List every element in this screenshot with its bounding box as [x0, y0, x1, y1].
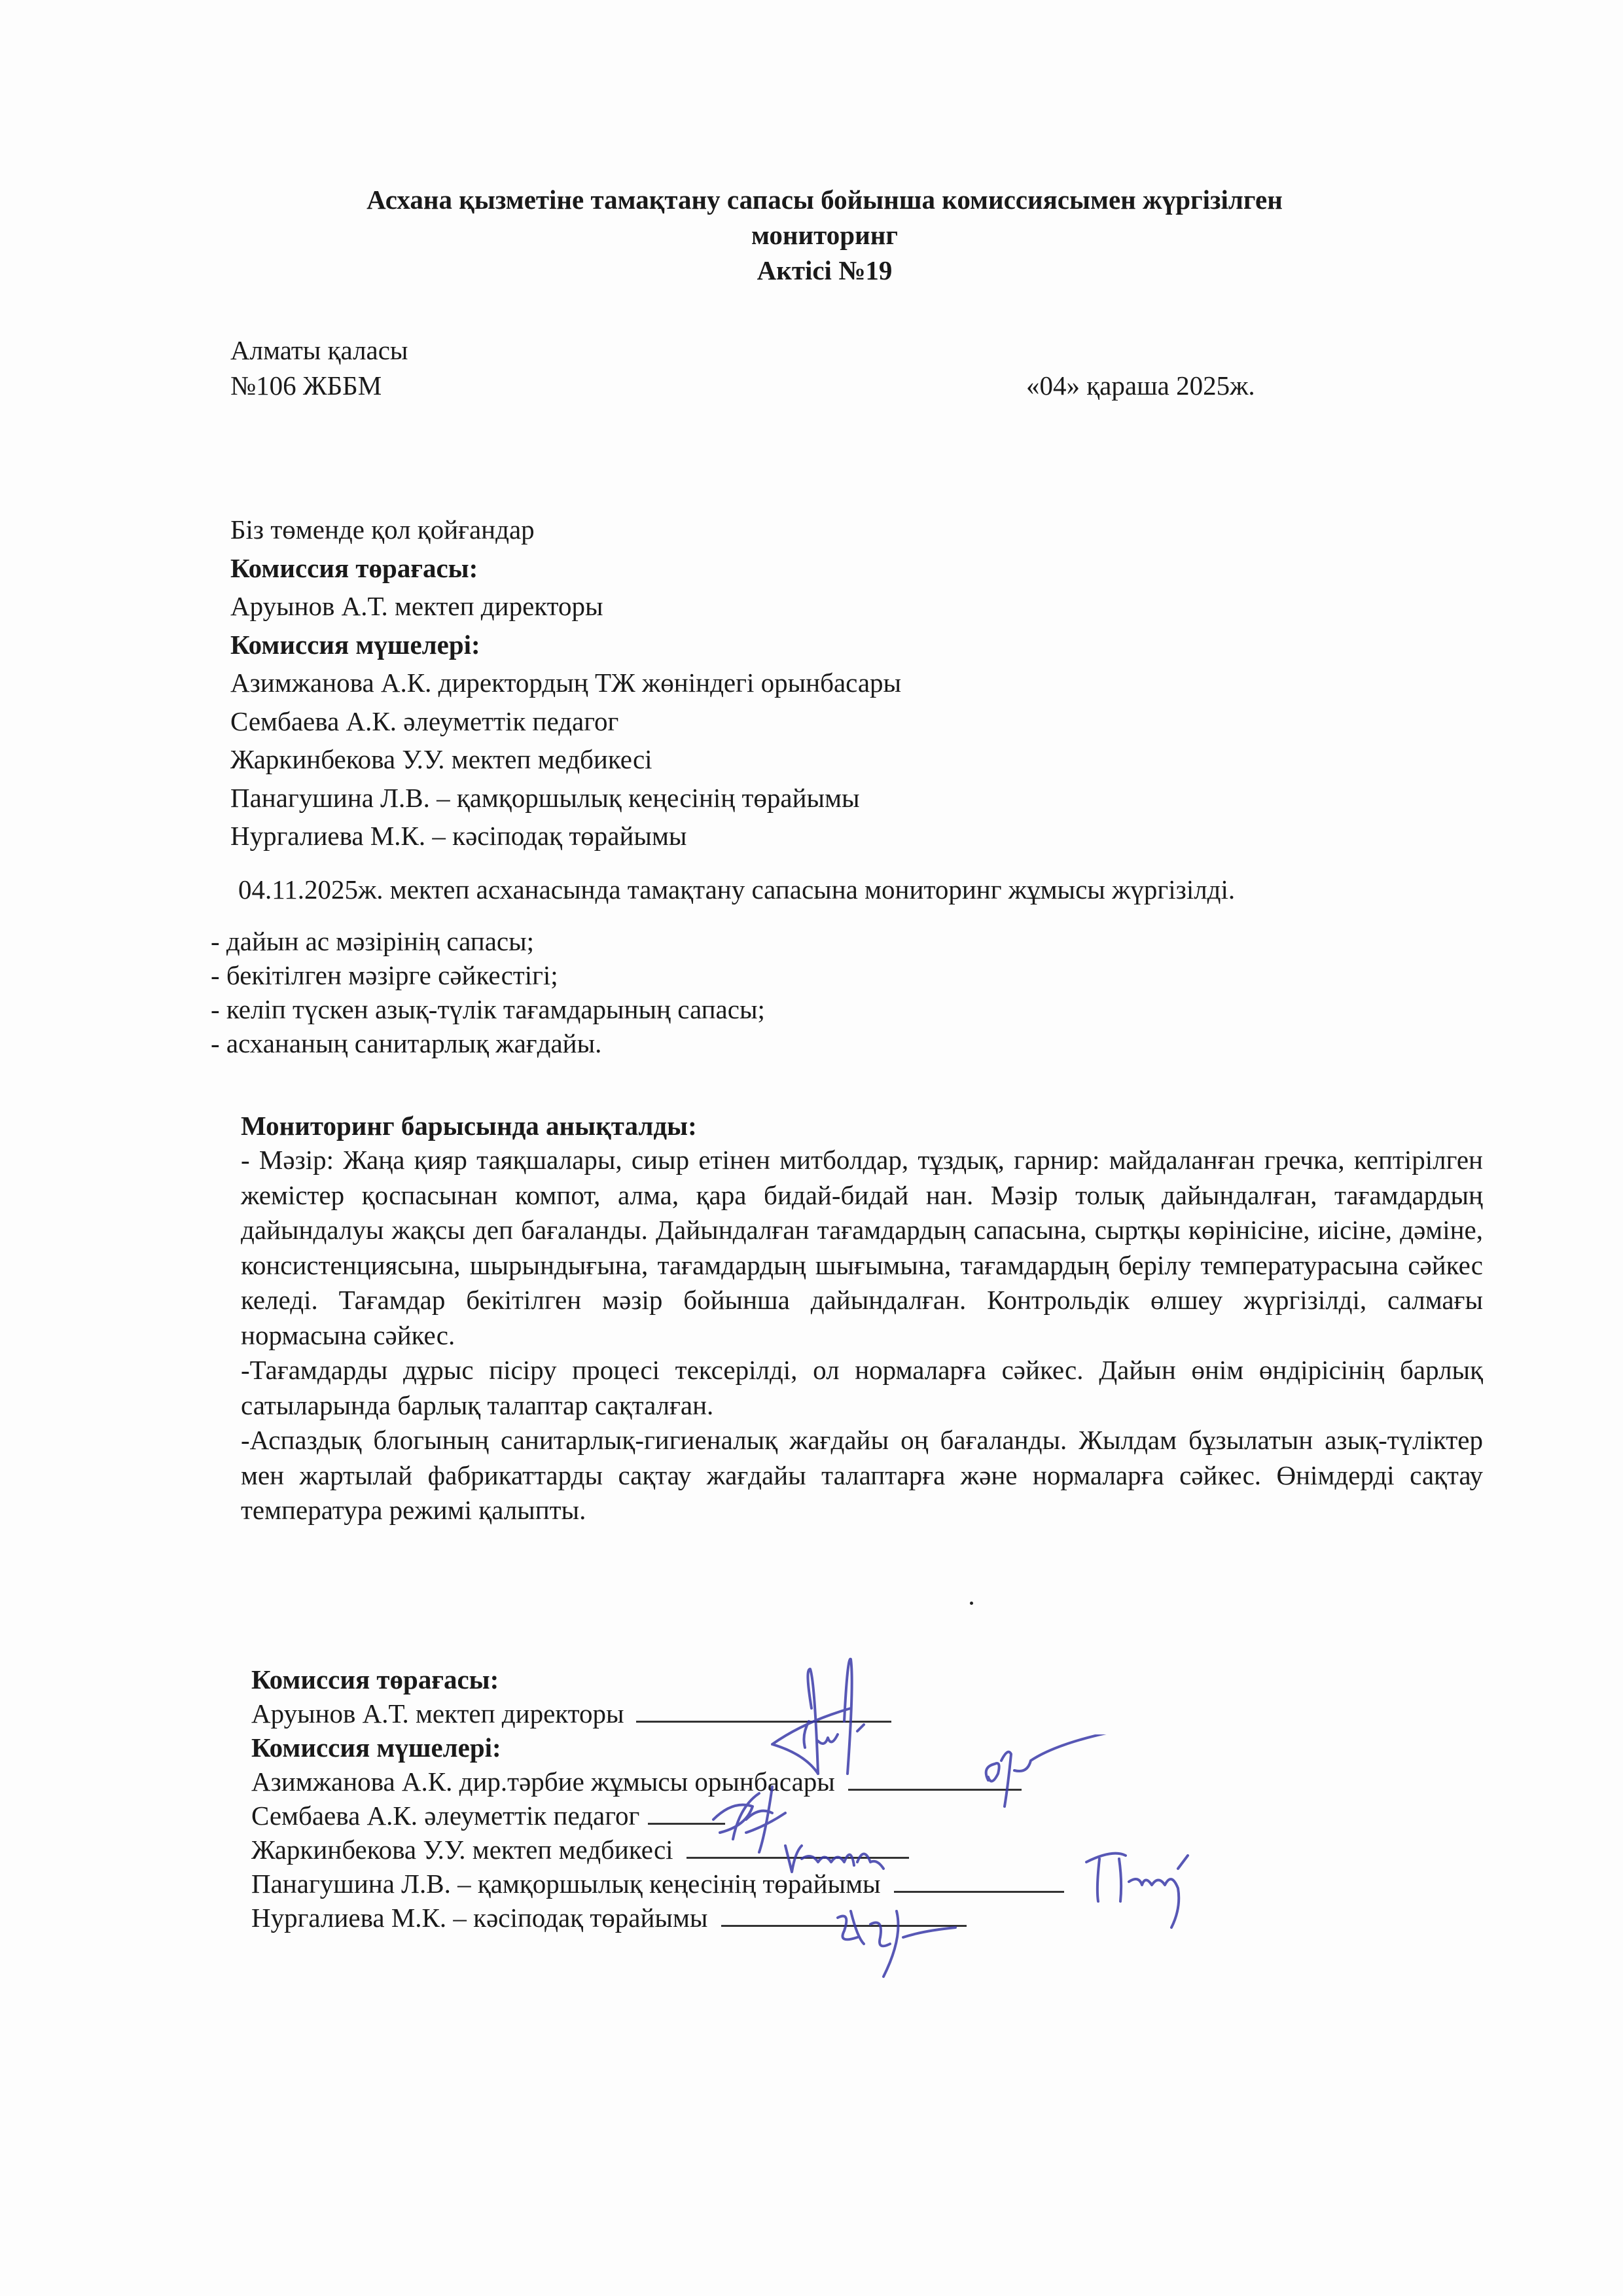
sig-chair-name: Аруынов А.Т. мектеп директоры: [251, 1698, 624, 1729]
signature-line: [636, 1697, 891, 1723]
checklist-item: - бекітілген мәзірге сәйкестігі;: [211, 958, 765, 992]
member-item: Сембаева А.К. әлеуметтік педагог: [230, 702, 1487, 741]
signature-line: [687, 1833, 909, 1859]
checklist-item: - асхананың санитарлық жағдайы.: [211, 1026, 765, 1060]
sig-member-row: Нургалиева М.К. – кәсіподақ төрайымы: [251, 1901, 967, 1935]
sig-member-name: Нургалиева М.К. – кәсіподақ төрайымы: [251, 1903, 707, 1933]
findings-body: - Мәзір: Жаңа қияр таяқшалары, сиыр етін…: [241, 1143, 1483, 1528]
sig-members-label: Комиссия мүшелері:: [251, 1731, 501, 1765]
findings-paragraph: -Тағамдарды дұрыс пісіру процесі тексері…: [241, 1353, 1483, 1423]
sig-member-row: Азимжанова А.К. дир.тәрбие жұмысы орынба…: [251, 1765, 1022, 1799]
document-page: Асхана қызметіне тамақтану сапасы бойынш…: [0, 0, 1623, 2296]
document-title: Асхана қызметіне тамақтану сапасы бойынш…: [249, 182, 1400, 288]
checklist-item: - дайын ас мәзірінің сапасы;: [211, 924, 765, 958]
sig-chair-row: Аруынов А.Т. мектеп директоры: [251, 1696, 891, 1731]
chair-name: Аруынов А.Т. мектеп директоры: [230, 587, 1487, 626]
document-date: «04» қараша 2025ж.: [1026, 368, 1255, 403]
sig-member-name: Азимжанова А.К. дир.тәрбие жұмысы орынба…: [251, 1767, 835, 1797]
scan-artifact-dot: [970, 1602, 973, 1605]
signature-line: [721, 1901, 967, 1927]
findings-paragraph: - Мәзір: Жаңа қияр таяқшалары, сиыр етін…: [241, 1143, 1483, 1353]
sig-chair-label: Комиссия төрағасы:: [251, 1662, 499, 1696]
sig-member-name: Панагушина Л.В. – қамқоршылық кеңесінің …: [251, 1869, 881, 1899]
findings-paragraph: -Аспаздық блогының санитарлық-гигиеналық…: [241, 1423, 1483, 1528]
sig-member-row: Сембаева А.К. әлеуметтік педагог: [251, 1799, 725, 1833]
sig-member-row: Панагушина Л.В. – қамқоршылық кеңесінің …: [251, 1867, 1064, 1901]
title-line-2: мониторинг: [249, 217, 1400, 253]
school-name: №106 ЖББМ: [230, 368, 382, 403]
member-item: Панагушина Л.В. – қамқоршылық кеңесінің …: [230, 779, 1487, 817]
commission-intro: Біз төменде қол қойғандар Комиссия төрағ…: [230, 511, 1487, 855]
title-line-1: Асхана қызметіне тамақтану сапасы бойынш…: [249, 182, 1400, 217]
member-item: Жаркинбекова У.У. мектеп медбикесі: [230, 740, 1487, 779]
signature-line: [848, 1765, 1022, 1791]
checklist: - дайын ас мәзірінің сапасы; - бекітілге…: [211, 924, 765, 1060]
undersigned-text: Біз төменде қол қойғандар: [230, 511, 1487, 549]
checklist-item: - келіп түскен азық-түлік тағамдарының с…: [211, 992, 765, 1026]
title-line-3: Актісі №19: [249, 253, 1400, 288]
sig-member-name: Жаркинбекова У.У. мектеп медбикесі: [251, 1835, 673, 1865]
handwritten-signature-member-4: [1073, 1842, 1230, 1934]
findings-heading: Мониторинг барысында анықталды:: [241, 1107, 697, 1144]
city: Алматы қаласы: [230, 332, 408, 368]
signature-line: [894, 1867, 1064, 1893]
signature-line: [648, 1799, 725, 1825]
chair-label: Комиссия төрағасы:: [230, 549, 1487, 588]
sig-member-row: Жаркинбекова У.У. мектеп медбикесі: [251, 1833, 909, 1867]
monitoring-statement: 04.11.2025ж. мектеп асханасында тамақтан…: [238, 870, 1235, 908]
member-item: Нургалиева М.К. – кәсіподақ төрайымы: [230, 817, 1487, 855]
members-label: Комиссия мүшелері:: [230, 626, 1487, 664]
sig-member-name: Сембаева А.К. әлеуметтік педагог: [251, 1801, 639, 1831]
member-item: Азимжанова А.К. директордың ТЖ жөніндегі…: [230, 664, 1487, 702]
